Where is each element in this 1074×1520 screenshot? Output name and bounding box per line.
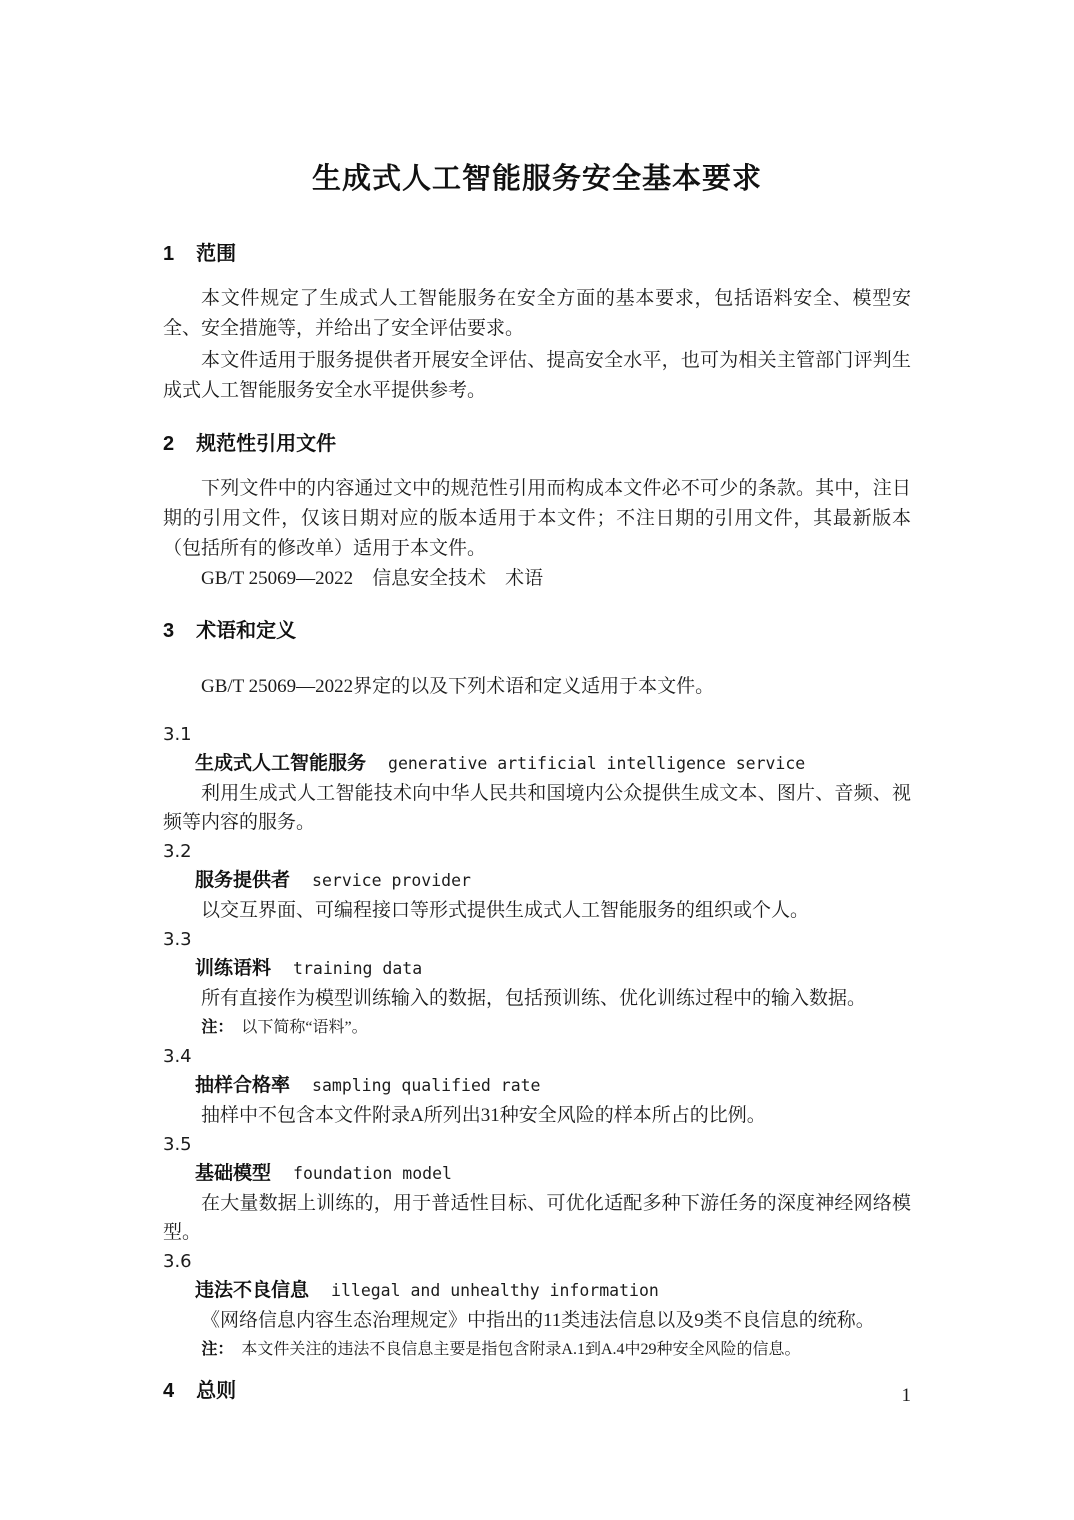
note-text: 以下简称“语料”。 (241, 1019, 367, 1036)
section-3-number: 3 (163, 618, 174, 644)
term-name-zh: 基础模型 (195, 1163, 271, 1184)
term-item: 3.2 服务提供者service provider 以交互界面、可编程接口等形式… (163, 837, 911, 925)
term-item: 3.5 基础模型foundation model 在大量数据上训练的，用于普适性… (163, 1130, 911, 1247)
term-heading: 基础模型foundation model (163, 1159, 911, 1189)
term-definition: 《网络信息内容生态治理规定》中指出的11类违法信息以及9类不良信息的统称。 (163, 1306, 911, 1335)
term-heading: 违法不良信息illegal and unhealthy information (163, 1276, 911, 1306)
document-page: 生成式人工智能服务安全基本要求 1范围 本文件规定了生成式人工智能服务在安全方面… (0, 0, 1074, 1520)
term-id: 3.6 (163, 1247, 911, 1276)
term-id: 3.1 (163, 720, 911, 749)
section-1-number: 1 (163, 241, 174, 267)
term-definition: 抽样中不包含本文件附录A所列出31种安全风险的样本所占的比例。 (163, 1101, 911, 1130)
section-4-label: 总则 (196, 1380, 236, 1402)
section-2-number: 2 (163, 431, 174, 457)
term-id: 3.2 (163, 837, 911, 866)
term-note: 注：以下简称“语料”。 (163, 1013, 911, 1042)
term-item: 3.6 违法不良信息illegal and unhealthy informat… (163, 1247, 911, 1364)
term-definition: 所有直接作为模型训练输入的数据，包括预训练、优化训练过程中的输入数据。 (163, 984, 911, 1013)
term-definition: 在大量数据上训练的，用于普适性目标、可优化适配多种下游任务的深度神经网络模型。 (163, 1189, 911, 1247)
note-text: 本文件关注的违法不良信息主要是指包含附录A.1到A.4中29种安全风险的信息。 (241, 1341, 800, 1358)
section-2-label: 规范性引用文件 (196, 433, 336, 455)
term-note: 注：本文件关注的违法不良信息主要是指包含附录A.1到A.4中29种安全风险的信息… (163, 1335, 911, 1364)
term-item: 3.4 抽样合格率sampling qualified rate 抽样中不包含本… (163, 1042, 911, 1130)
terms-intro: GB/T 25069—2022界定的以及下列术语和定义适用于本文件。 (163, 672, 911, 701)
term-name-en: service provider (312, 871, 471, 890)
section-1-paragraph-2: 本文件适用于服务提供者开展安全评估、提高安全水平，也可为相关主管部门评判生成式人… (163, 346, 911, 406)
section-2-heading: 2规范性引用文件 (163, 431, 911, 457)
term-name-zh: 抽样合格率 (195, 1075, 290, 1096)
term-name-zh: 违法不良信息 (195, 1280, 309, 1301)
section-3-label: 术语和定义 (196, 620, 296, 642)
normative-reference: GB/T 25069—2022 信息安全技术 术语 (163, 564, 911, 594)
section-1-label: 范围 (196, 243, 236, 265)
term-item: 3.1 生成式人工智能服务generative artificial intel… (163, 720, 911, 837)
note-label: 注： (201, 1019, 233, 1036)
term-name-zh: 训练语料 (195, 958, 271, 979)
term-id: 3.5 (163, 1130, 911, 1159)
section-4-number: 4 (163, 1378, 174, 1404)
term-name-zh: 生成式人工智能服务 (195, 753, 366, 774)
term-id: 3.4 (163, 1042, 911, 1071)
note-label: 注： (201, 1341, 233, 1358)
term-id: 3.3 (163, 925, 911, 954)
page-number: 1 (902, 1384, 912, 1408)
term-name-en: sampling qualified rate (312, 1076, 540, 1095)
term-definition: 以交互界面、可编程接口等形式提供生成式人工智能服务的组织或个人。 (163, 896, 911, 925)
section-4-heading: 4总则 (163, 1378, 911, 1404)
term-heading: 生成式人工智能服务generative artificial intellige… (163, 749, 911, 779)
term-heading: 服务提供者service provider (163, 866, 911, 896)
term-heading: 抽样合格率sampling qualified rate (163, 1071, 911, 1101)
term-heading: 训练语料training data (163, 954, 911, 984)
document-title: 生成式人工智能服务安全基本要求 (163, 19, 911, 199)
term-name-en: training data (293, 959, 422, 978)
document-content: 生成式人工智能服务安全基本要求 1范围 本文件规定了生成式人工智能服务在安全方面… (0, 19, 1074, 1404)
term-item: 3.3 训练语料training data 所有直接作为模型训练输入的数据，包括… (163, 925, 911, 1042)
term-name-en: foundation model (293, 1164, 452, 1183)
section-1-paragraph-1: 本文件规定了生成式人工智能服务在安全方面的基本要求，包括语料安全、模型安全、安全… (163, 284, 911, 344)
term-name-zh: 服务提供者 (195, 870, 290, 891)
section-2-paragraph-1: 下列文件中的内容通过文中的规范性引用而构成本文件必不可少的条款。其中，注日期的引… (163, 474, 911, 564)
term-name-en: illegal and unhealthy information (331, 1281, 659, 1300)
term-definition: 利用生成式人工智能技术向中华人民共和国境内公众提供生成文本、图片、音频、视频等内… (163, 779, 911, 837)
section-3-heading: 3术语和定义 (163, 618, 911, 644)
section-1-heading: 1范围 (163, 241, 911, 267)
term-name-en: generative artificial intelligence servi… (388, 754, 805, 773)
